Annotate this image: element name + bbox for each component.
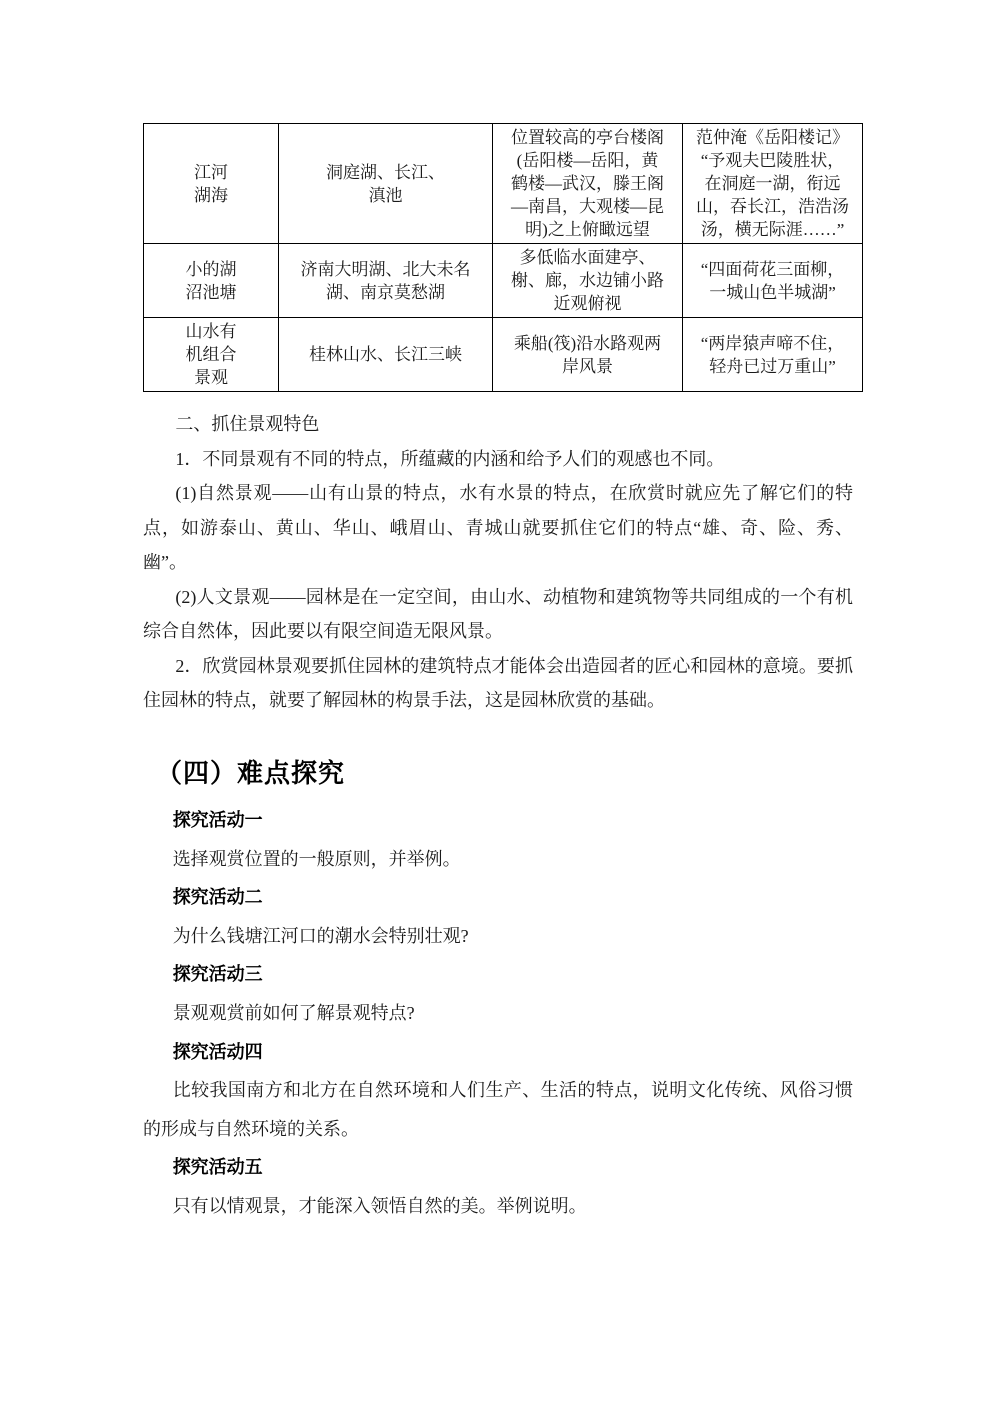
table-cell-examples: 桂林山水、长江三峡: [279, 318, 493, 392]
table-cell-category: 小的湖 沼池塘: [144, 244, 279, 318]
table-cell-category: 江河 湖海: [144, 124, 279, 244]
activity-text: 为什么钱塘江河口的潮水会特别壮观?: [143, 917, 853, 956]
activity-text: 选择观赏位置的一般原则，并举例。: [143, 840, 853, 879]
table-cell-viewing-method: 乘船(筏)沿水路观两 岸风景: [493, 318, 683, 392]
activities-block: 探究活动一 选择观赏位置的一般原则，并举例。 探究活动二 为什么钱塘江河口的潮水…: [143, 801, 853, 1226]
table-cell-viewing-method: 多低临水面建亭、 榭、廊，水边铺小路 近观俯视: [493, 244, 683, 318]
table-row: 小的湖 沼池塘 济南大明湖、北大未名 湖、南京莫愁湖 多低临水面建亭、 榭、廊，…: [144, 244, 863, 318]
table-cell-quote: “四面荷花三面柳， 一城山色半城湖”: [683, 244, 863, 318]
body-paragraph: 1．不同景观有不同的特点，所蕴藏的内涵和给予人们的观感也不同。: [143, 442, 853, 477]
table-row: 山水有 机组合 景观 桂林山水、长江三峡 乘船(筏)沿水路观两 岸风景 “两岸猿…: [144, 318, 863, 392]
body-paragraph: (2)人文景观——园林是在一定空间，由山水、动植物和建筑物等共同组成的一个有机综…: [143, 580, 853, 649]
table-cell-examples: 洞庭湖、长江、 滇池: [279, 124, 493, 244]
document-page: 江河 湖海 洞庭湖、长江、 滇池 位置较高的亭台楼阁 (岳阳楼—岳阳，黄 鹤楼—…: [0, 0, 1000, 1414]
body-paragraph: 2．欣赏园林景观要抓住园林的建筑特点才能体会出造园者的匠心和园林的意境。要抓住园…: [143, 649, 853, 718]
activity-title: 探究活动五: [143, 1148, 853, 1187]
table-cell-quote: 范仲淹《岳阳楼记》 “予观夫巴陵胜状， 在洞庭一湖，衔远 山，吞长江，浩浩汤 汤…: [683, 124, 863, 244]
section-heading: （四）难点探究: [156, 756, 345, 790]
table-row: 江河 湖海 洞庭湖、长江、 滇池 位置较高的亭台楼阁 (岳阳楼—岳阳，黄 鹤楼—…: [144, 124, 863, 244]
activity-text: 景观观赏前如何了解景观特点?: [143, 994, 853, 1033]
table-cell-viewing-method: 位置较高的亭台楼阁 (岳阳楼—岳阳，黄 鹤楼—武汉，滕王阁 —南昌，大观楼—昆 …: [493, 124, 683, 244]
activity-text: 比较我国南方和北方在自然环境和人们生产、生活的特点，说明文化传统、风俗习惯的形成…: [143, 1071, 853, 1148]
activity-title: 探究活动四: [143, 1033, 853, 1072]
body-text-block: 二、抓住景观特色 1．不同景观有不同的特点，所蕴藏的内涵和给予人们的观感也不同。…: [143, 407, 853, 718]
table-cell-quote: “两岸猿声啼不住， 轻舟已过万重山”: [683, 318, 863, 392]
activity-title: 探究活动二: [143, 878, 853, 917]
body-subheading: 二、抓住景观特色: [143, 407, 853, 442]
table-cell-category: 山水有 机组合 景观: [144, 318, 279, 392]
activity-text: 只有以情观景，才能深入领悟自然的美。举例说明。: [143, 1187, 853, 1226]
activity-title: 探究活动一: [143, 801, 853, 840]
body-paragraph: (1)自然景观——山有山景的特点，水有水景的特点，在欣赏时就应先了解它们的特点，…: [143, 476, 853, 580]
scenic-viewing-table: 江河 湖海 洞庭湖、长江、 滇池 位置较高的亭台楼阁 (岳阳楼—岳阳，黄 鹤楼—…: [143, 123, 863, 392]
activity-title: 探究活动三: [143, 955, 853, 994]
table-cell-examples: 济南大明湖、北大未名 湖、南京莫愁湖: [279, 244, 493, 318]
